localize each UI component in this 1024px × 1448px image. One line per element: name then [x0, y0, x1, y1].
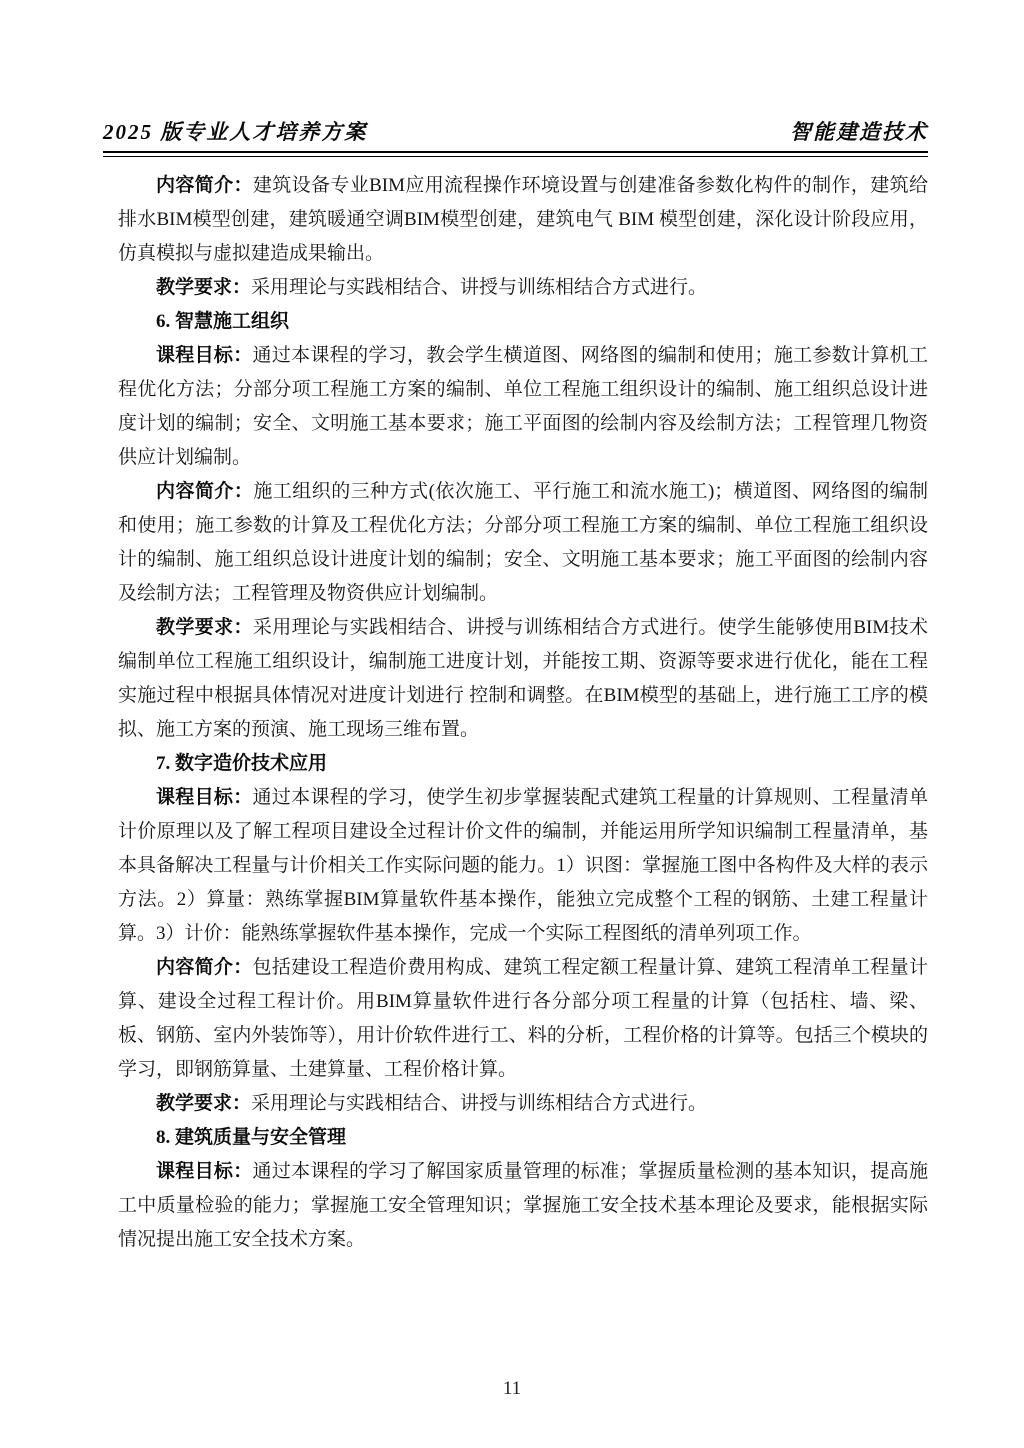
- paragraph-label: 内容简介：: [156, 175, 253, 196]
- page-number: 11: [503, 1378, 521, 1399]
- paragraph-label: 课程目标：: [156, 345, 253, 366]
- paragraph-course-goal-6: 课程目标：通过本课程的学习，教会学生横道图、网络图的编制和使用；施工参数计算机工…: [118, 339, 928, 475]
- paragraph-label: 教学要求：: [156, 617, 253, 638]
- paragraph-label: 课程目标：: [156, 1161, 253, 1182]
- header-rule-thin: [103, 156, 928, 157]
- section-heading-7: 7. 数字造价技术应用: [118, 747, 928, 781]
- section-heading-6: 6. 智慧施工组织: [118, 305, 928, 339]
- paragraph-label: 教学要求：: [156, 277, 251, 298]
- section-heading-text: 6. 智慧施工组织: [156, 311, 289, 332]
- paragraph-teaching-req-6: 教学要求：采用理论与实践相结合、讲授与训练相结合方式进行。使学生能够使用BIM技…: [118, 611, 928, 747]
- paragraph-label: 教学要求：: [156, 1093, 251, 1114]
- paragraph-teaching-req-5: 教学要求：采用理论与实践相结合、讲授与训练相结合方式进行。: [118, 271, 928, 305]
- paragraph-label: 课程目标：: [156, 787, 253, 808]
- paragraph-course-goal-7: 课程目标：通过本课程的学习，使学生初步掌握装配式建筑工程量的计算规则、工程量清单…: [118, 781, 928, 951]
- header-right-title: 智能建造技术: [790, 116, 928, 146]
- paragraph-course-goal-8: 课程目标：通过本课程的学习了解国家质量管理的标准；掌握质量检测的基本知识，提高施…: [118, 1155, 928, 1257]
- document-body: 内容简介：建筑设备专业BIM应用流程操作环境设置与创建准备参数化构件的制作，建筑…: [118, 169, 928, 1257]
- paragraph-label: 内容简介：: [156, 957, 253, 978]
- paragraph-content-intro-5: 内容简介：建筑设备专业BIM应用流程操作环境设置与创建准备参数化构件的制作，建筑…: [118, 169, 928, 271]
- paragraph-text: 通过本课程的学习，使学生初步掌握装配式建筑工程量的计算规则、工程量清单计价原理以…: [118, 787, 928, 944]
- paragraph-content-intro-6: 内容简介：施工组织的三种方式(依次施工、平行施工和流水施工)；横道图、网络图的编…: [118, 475, 928, 611]
- document-page: 2025 版专业人才培养方案 智能建造技术 内容简介：建筑设备专业BIM应用流程…: [0, 0, 1024, 1448]
- paragraph-content-intro-7: 内容简介：包括建设工程造价费用构成、建筑工程定额工程量计算、建筑工程清单工程量计…: [118, 951, 928, 1087]
- section-heading-text: 7. 数字造价技术应用: [156, 753, 327, 774]
- paragraph-label: 内容简介：: [156, 481, 253, 502]
- header-titles: 2025 版专业人才培养方案 智能建造技术: [103, 116, 928, 146]
- paragraph-text: 采用理论与实践相结合、讲授与训练相结合方式进行。: [251, 1093, 707, 1114]
- header-rule-thick: [103, 151, 928, 153]
- paragraph-text: 采用理论与实践相结合、讲授与训练相结合方式进行。: [251, 277, 707, 298]
- header-left-title: 2025 版专业人才培养方案: [103, 116, 367, 146]
- page-footer: 11: [0, 1378, 1024, 1400]
- paragraph-teaching-req-7: 教学要求：采用理论与实践相结合、讲授与训练相结合方式进行。: [118, 1087, 928, 1121]
- section-heading-text: 8. 建筑质量与安全管理: [156, 1127, 346, 1148]
- page-header: 2025 版专业人才培养方案 智能建造技术: [103, 116, 928, 157]
- section-heading-8: 8. 建筑质量与安全管理: [118, 1121, 928, 1155]
